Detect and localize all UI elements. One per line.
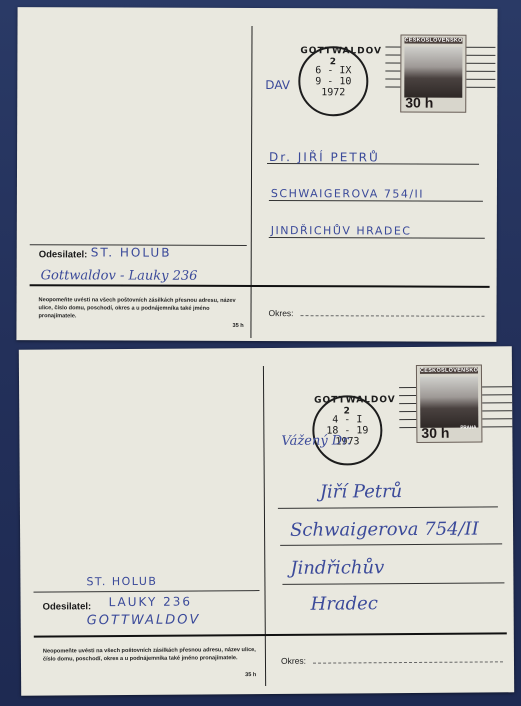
stamp-country: ČESKOSLOVENSKO bbox=[420, 368, 478, 374]
okres-label: Okres: bbox=[268, 308, 293, 318]
okres-field bbox=[301, 315, 485, 317]
stamp-city: PRAHA bbox=[460, 425, 476, 430]
stamp-value: 30 h bbox=[405, 95, 433, 111]
salutation: Vážený Dr. bbox=[281, 433, 351, 448]
bottom-rule bbox=[34, 632, 507, 637]
postmark-town: GOTTWALDOV 2 bbox=[314, 395, 380, 417]
sender-street: LAUKY 236 bbox=[109, 595, 193, 610]
postmark: GOTTWALDOV 2 6 - IX 9 - 10 1972 bbox=[298, 46, 368, 116]
postcard-1973: ČESKOSLOVENSKO PRAHA 30 h GOTTWALDOV 2 4… bbox=[19, 346, 514, 695]
postmark-year: 1972 bbox=[321, 87, 345, 98]
stamp-value: 30 h bbox=[421, 425, 449, 441]
sender-top-line bbox=[33, 590, 259, 593]
castle-image-icon bbox=[420, 377, 478, 428]
printed-stamp: ČESKOSLOVENSKO 30 h bbox=[400, 35, 466, 113]
divider-vertical bbox=[250, 26, 252, 338]
sender-label: Odesilatel: bbox=[39, 249, 88, 260]
recipient-name: Dr. JIŘÍ PETRŮ bbox=[269, 150, 380, 164]
recipient-street: SCHWAIGEROVA 754/II bbox=[271, 187, 424, 201]
sender-city: GOTTWALDOV bbox=[87, 612, 201, 628]
recipient-street: Schwaigerova 754/II bbox=[290, 519, 479, 541]
recipient-name: Jiří Petrů bbox=[320, 481, 403, 503]
okres-label: Okres: bbox=[281, 656, 306, 666]
okres-field bbox=[313, 661, 503, 663]
postcard-1972: ČESKOSLOVENSKO 30 h GOTTWALDOV 2 6 - IX … bbox=[16, 7, 497, 342]
postmark-hours: 9 - 10 bbox=[315, 76, 351, 87]
recipient-city-2: Hradec bbox=[311, 593, 378, 614]
card-price: 35 h bbox=[232, 323, 243, 329]
postmark-town: GOTTWALDOV 2 bbox=[300, 46, 366, 68]
sender-label: Odesilatel: bbox=[43, 601, 92, 612]
recipient-city: JINDŘICHŮV HRADEC bbox=[271, 224, 412, 237]
printed-stamp: ČESKOSLOVENSKO PRAHA 30 h bbox=[416, 364, 483, 442]
salutation: DAV bbox=[265, 78, 290, 92]
address-line-1 bbox=[278, 506, 498, 509]
printed-notice: Neopomeňte uvésti na všech poštovních zá… bbox=[38, 296, 246, 321]
card-price: 35 h bbox=[245, 672, 256, 678]
bottom-rule bbox=[30, 284, 490, 288]
sender-address: Gottwaldov - Lauky 236 bbox=[41, 268, 198, 284]
sender-name: ST. HOLUB bbox=[86, 575, 157, 588]
castle-image-icon bbox=[404, 47, 462, 98]
postmark: GOTTWALDOV 2 4 - I 18 - 19 1973 bbox=[312, 395, 382, 465]
address-line-2 bbox=[280, 543, 502, 546]
printed-notice: Neopomeňte uvésti na všech poštovních zá… bbox=[43, 646, 259, 664]
address-line-3 bbox=[282, 582, 504, 585]
sender-name: ST. HOLUB bbox=[91, 245, 172, 259]
recipient-city: Jindřichův bbox=[290, 557, 384, 579]
divider-vertical bbox=[263, 366, 266, 686]
stamp-country: ČESKOSLOVENSKO bbox=[404, 38, 462, 44]
